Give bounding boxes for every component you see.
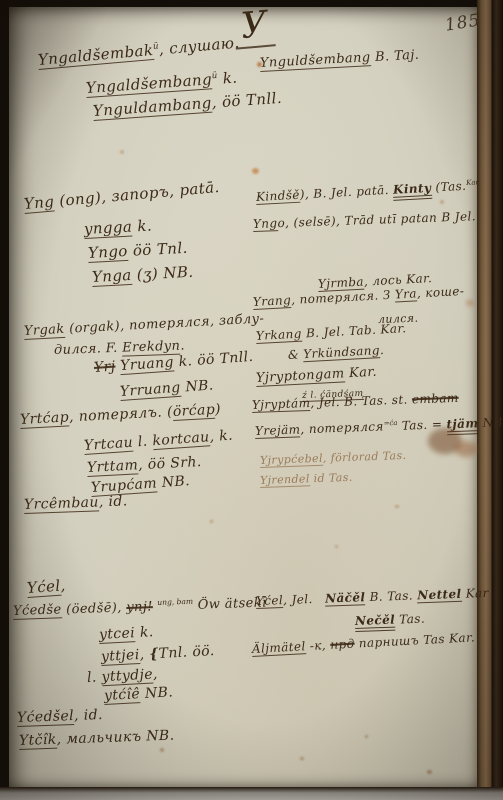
word-segment: Kar (466, 178, 479, 187)
word-segment: Tas. (395, 612, 425, 627)
word-segment: , öö Srh. (138, 454, 202, 473)
word-segment: Yng (253, 216, 278, 232)
word-segment: ytćîê (104, 686, 141, 705)
word-segment: , Jel. B. Tas. st. (310, 392, 412, 410)
word-segment: NB. (156, 473, 190, 491)
word-segment: (ʒ) NB. (131, 263, 194, 284)
word-segment: Ynga (91, 266, 132, 287)
page-bottom-edge (0, 787, 503, 800)
word-segment: Yćedšel (17, 708, 75, 727)
word-segment: Nettel (417, 587, 462, 604)
word-segment: Yng (23, 192, 55, 214)
word-segment: , коше- (417, 284, 465, 300)
word-segment: ung, bam (157, 597, 193, 607)
word-segment: yngga (83, 217, 132, 239)
word-segment: Yćel (256, 593, 284, 609)
word-segment: , (153, 666, 159, 682)
word-segment: Yngo (87, 242, 128, 263)
word-segment: id Tas. (310, 471, 353, 485)
word-segment: =ća (383, 419, 397, 427)
word-segment: дился. F. (54, 341, 123, 358)
word-segment: Kinty (393, 181, 432, 201)
word-segment: , id. (74, 707, 103, 724)
word-segment: l. (87, 669, 102, 686)
word-segment: yttjei (101, 647, 141, 666)
word-segment: ytcei (99, 625, 136, 644)
word-segment: NB. (140, 684, 174, 702)
word-segment: yttydje (101, 667, 153, 687)
book-page-edges (477, 0, 503, 800)
word-segment: Kar (461, 586, 489, 601)
word-segment: Yrj (93, 359, 116, 376)
word-segment: , k. (209, 428, 233, 446)
manuscript-line: Yćedšel, id. (17, 707, 103, 726)
word-segment: ynj! (126, 599, 153, 615)
word-segment: Yra (395, 286, 418, 302)
word-segment: Yjryptám (252, 396, 311, 413)
word-segment: Yrtcau (83, 435, 133, 455)
book-photo: У 185 Yngaldšembakü, слушаю.Yngaldšemban… (0, 0, 503, 800)
word-segment: Yćel (26, 577, 61, 598)
word-segment: , id. (99, 493, 128, 510)
word-segment: B. Taj. (370, 48, 419, 66)
word-segment: k. (217, 69, 238, 88)
word-segment: Äljmätel (252, 639, 306, 657)
manuscript-line: Nečěl Tas. (355, 613, 426, 629)
word-segment: Yjrendel (260, 472, 310, 488)
word-segment: (öedšē), (61, 600, 126, 617)
word-segment: Yjrypćebel (260, 452, 323, 468)
word-segment: Yrcêmbau (24, 494, 99, 514)
word-segment: k. (135, 624, 154, 641)
word-segment: Nečěl (355, 613, 396, 632)
word-segment: k. (132, 216, 153, 235)
word-segment: Yrgak (24, 322, 66, 340)
word-segment: Kar. (344, 365, 377, 382)
word-segment: öö Tnl. (127, 239, 188, 260)
word-segment: Kindšě (256, 188, 301, 205)
word-segment: Yrang (253, 293, 292, 310)
word-segment: , förlorad Tas. (323, 449, 407, 465)
word-segment: NB. (478, 415, 503, 430)
word-segment: Tnl. öö. (158, 643, 215, 662)
word-segment: Näčěl (325, 590, 366, 606)
word-segment: -к, (305, 638, 330, 653)
word-segment: (Tas. (431, 179, 467, 195)
manuscript-line: l. yttydje, (87, 666, 159, 686)
word-segment: , потерялся (300, 419, 384, 436)
word-segment: , Jel. (283, 592, 325, 607)
word-segment: . (380, 343, 385, 357)
word-segment: Yrtćap (20, 409, 70, 429)
manuscript-line: ytcei k. (99, 624, 155, 643)
word-segment: Yrttam (87, 457, 139, 477)
manuscript-line: yngga k. (84, 217, 153, 238)
word-segment: l. (132, 433, 153, 450)
word-segment: tjäm (446, 416, 479, 435)
manuscript-line: Yćel, (26, 577, 66, 597)
word-segment: ) (215, 401, 222, 417)
word-segment: . (180, 338, 185, 353)
word-segment: embam (412, 391, 459, 407)
word-segment: Tas. = (397, 417, 446, 433)
word-segment: örćap (172, 402, 215, 421)
word-segment: B. Tas. (365, 588, 417, 604)
word-segment: нрд (330, 637, 355, 652)
word-segment: & (288, 347, 304, 362)
word-segment: NB. (180, 377, 214, 395)
word-segment: Yrkang (256, 327, 303, 344)
word-segment: Yćedše (13, 603, 62, 621)
word-segment: Yrejäm (255, 422, 301, 439)
word-segment: Ytčîk (19, 732, 57, 750)
